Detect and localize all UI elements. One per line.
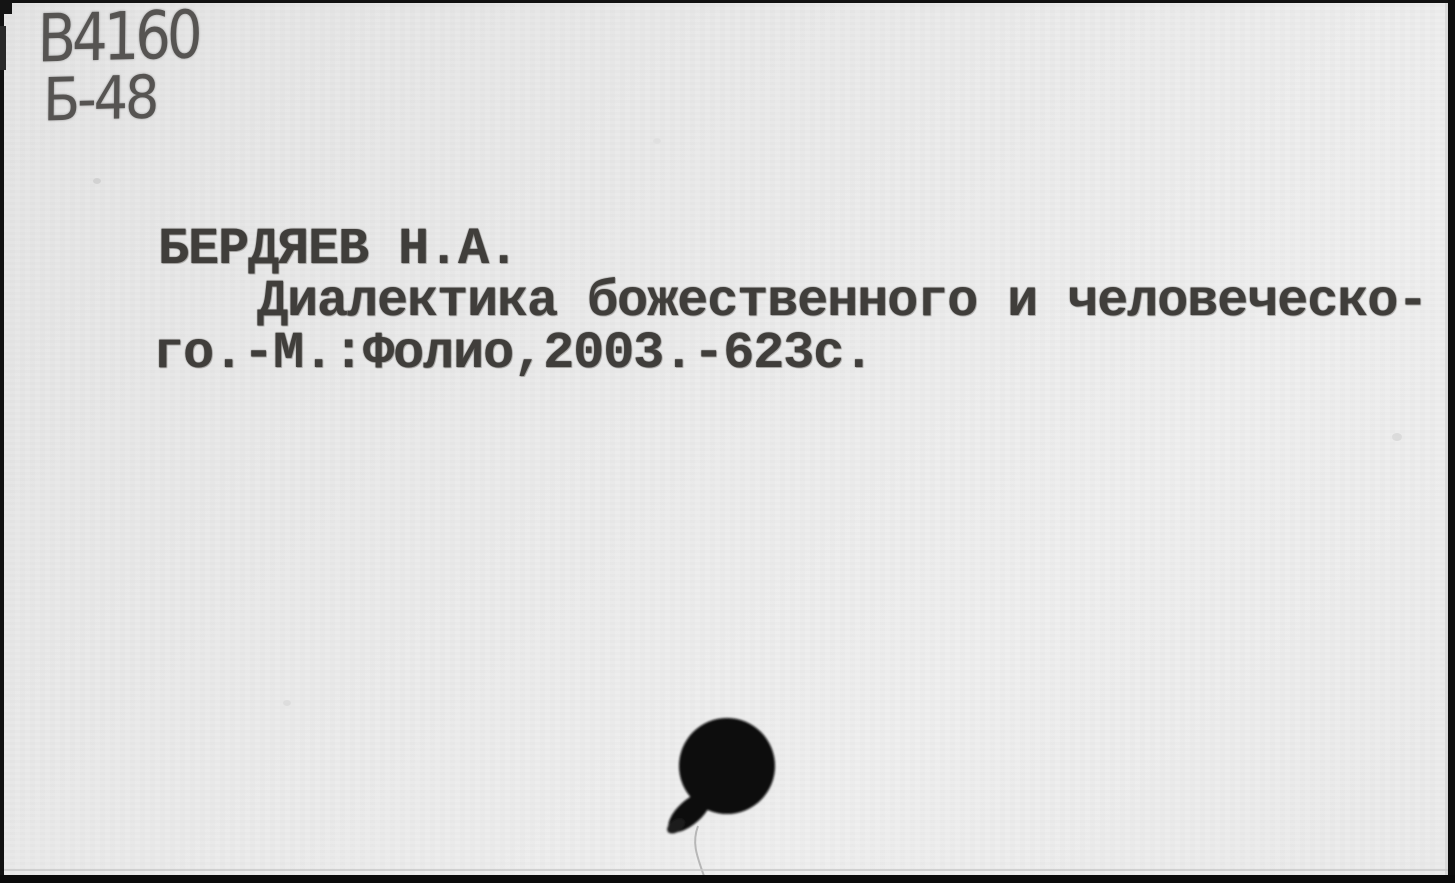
- scan-edge-top: [0, 0, 1455, 3]
- ink-blot: [640, 690, 840, 883]
- scan-edge-streak: [0, 26, 6, 70]
- call-number: В4160 Б-48: [37, 2, 199, 126]
- scan-noise: [93, 178, 101, 184]
- imprint-line: го.-М.:Фолио,2003.-623с.: [153, 328, 1427, 380]
- catalog-entry: БЕРДЯЕВ Н.А. Диалектика божественного и …: [153, 224, 1427, 380]
- scan-corner-blob: [0, 0, 12, 14]
- scan-edge-right: [1448, 0, 1455, 883]
- scanned-catalog-card: В4160 Б-48 БЕРДЯЕВ Н.А. Диалектика божес…: [0, 0, 1455, 883]
- call-number-author-mark: Б-48: [43, 66, 198, 132]
- scan-edge-bottom-shadow: [0, 869, 1455, 871]
- scan-edge-bottom: [0, 875, 1455, 883]
- author-heading: БЕРДЯЕВ Н.А.: [158, 224, 1427, 276]
- scan-edge-left: [0, 0, 4, 883]
- title-line: Диалектика божественного и человеческо-: [257, 276, 1427, 328]
